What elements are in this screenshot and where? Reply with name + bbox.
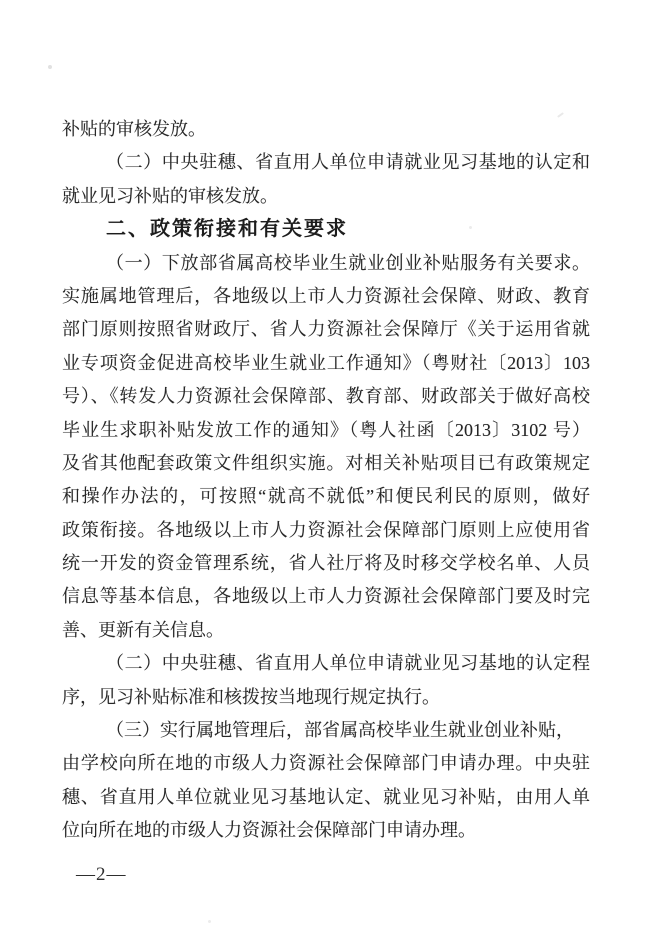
text-line: 信息等基本信息，各地级以上市人力资源社会保障部门要及时完 xyxy=(62,580,590,613)
scan-artifact-speck xyxy=(208,920,211,923)
text-line: 业专项资金促进高校毕业生就业工作通知》（粤财社〔2013〕103 xyxy=(62,347,590,380)
section-heading: 二、政策衔接和有关要求 xyxy=(62,213,590,246)
text-line: 统一开发的资金管理系统，省人社厅将及时移交学校名单、人员 xyxy=(62,547,590,580)
text-line: 部门原则按照省财政厅、省人力资源社会保障厅《关于运用省就 xyxy=(62,313,590,346)
text-line: 位向所在地的市级人力资源社会保障部门申请办理。 xyxy=(62,814,590,847)
text-line: 政策衔接。各地级以上市人力资源社会保障部门原则上应使用省 xyxy=(62,514,590,547)
text-line: （一）下放部省属高校毕业生就业创业补贴服务有关要求。 xyxy=(62,247,590,280)
text-line: 序，见习补贴标准和核拨按当地现行规定执行。 xyxy=(62,681,590,714)
text-line: 和操作办法的，可按照“就高不就低”和便民利民的原则，做好 xyxy=(62,480,590,513)
text-line: 穗、省直用人单位就业见习基地认定、就业见习补贴，由用人单 xyxy=(62,781,590,814)
text-line: 补贴的审核发放。 xyxy=(62,113,590,146)
text-line: 毕业生求职补贴发放工作的通知》（粤人社函〔2013〕3102 号） xyxy=(62,414,590,447)
text-line: 实施属地管理后，各地级以上市人力资源社会保障、财政、教育 xyxy=(62,280,590,313)
text-line: （二）中央驻穗、省直用人单位申请就业见习基地的认定和 xyxy=(62,146,590,179)
text-line: （二）中央驻穗、省直用人单位申请就业见习基地的认定程 xyxy=(62,647,590,680)
text-line: 善、更新有关信息。 xyxy=(62,614,590,647)
document-body: 补贴的审核发放。 （二）中央驻穗、省直用人单位申请就业见习基地的认定和 就业见习… xyxy=(62,113,590,848)
text-line: 号）、《转发人力资源社会保障部、教育部、财政部关于做好高校 xyxy=(62,380,590,413)
text-line: 由学校向所在地的市级人力资源社会保障部门申请办理。中央驻 xyxy=(62,747,590,780)
text-line: 及省其他配套政策文件组织实施。对相关补贴项目已有政策规定 xyxy=(62,447,590,480)
text-line: （三）实行属地管理后，部省属高校毕业生就业创业补贴， xyxy=(62,714,590,747)
scanned-document-page: 补贴的审核发放。 （二）中央驻穗、省直用人单位申请就业见习基地的认定和 就业见习… xyxy=(0,0,668,935)
page-number: —2— xyxy=(76,864,127,886)
scan-artifact-speck xyxy=(48,65,52,69)
text-line: 就业见习补贴的审核发放。 xyxy=(62,180,590,213)
